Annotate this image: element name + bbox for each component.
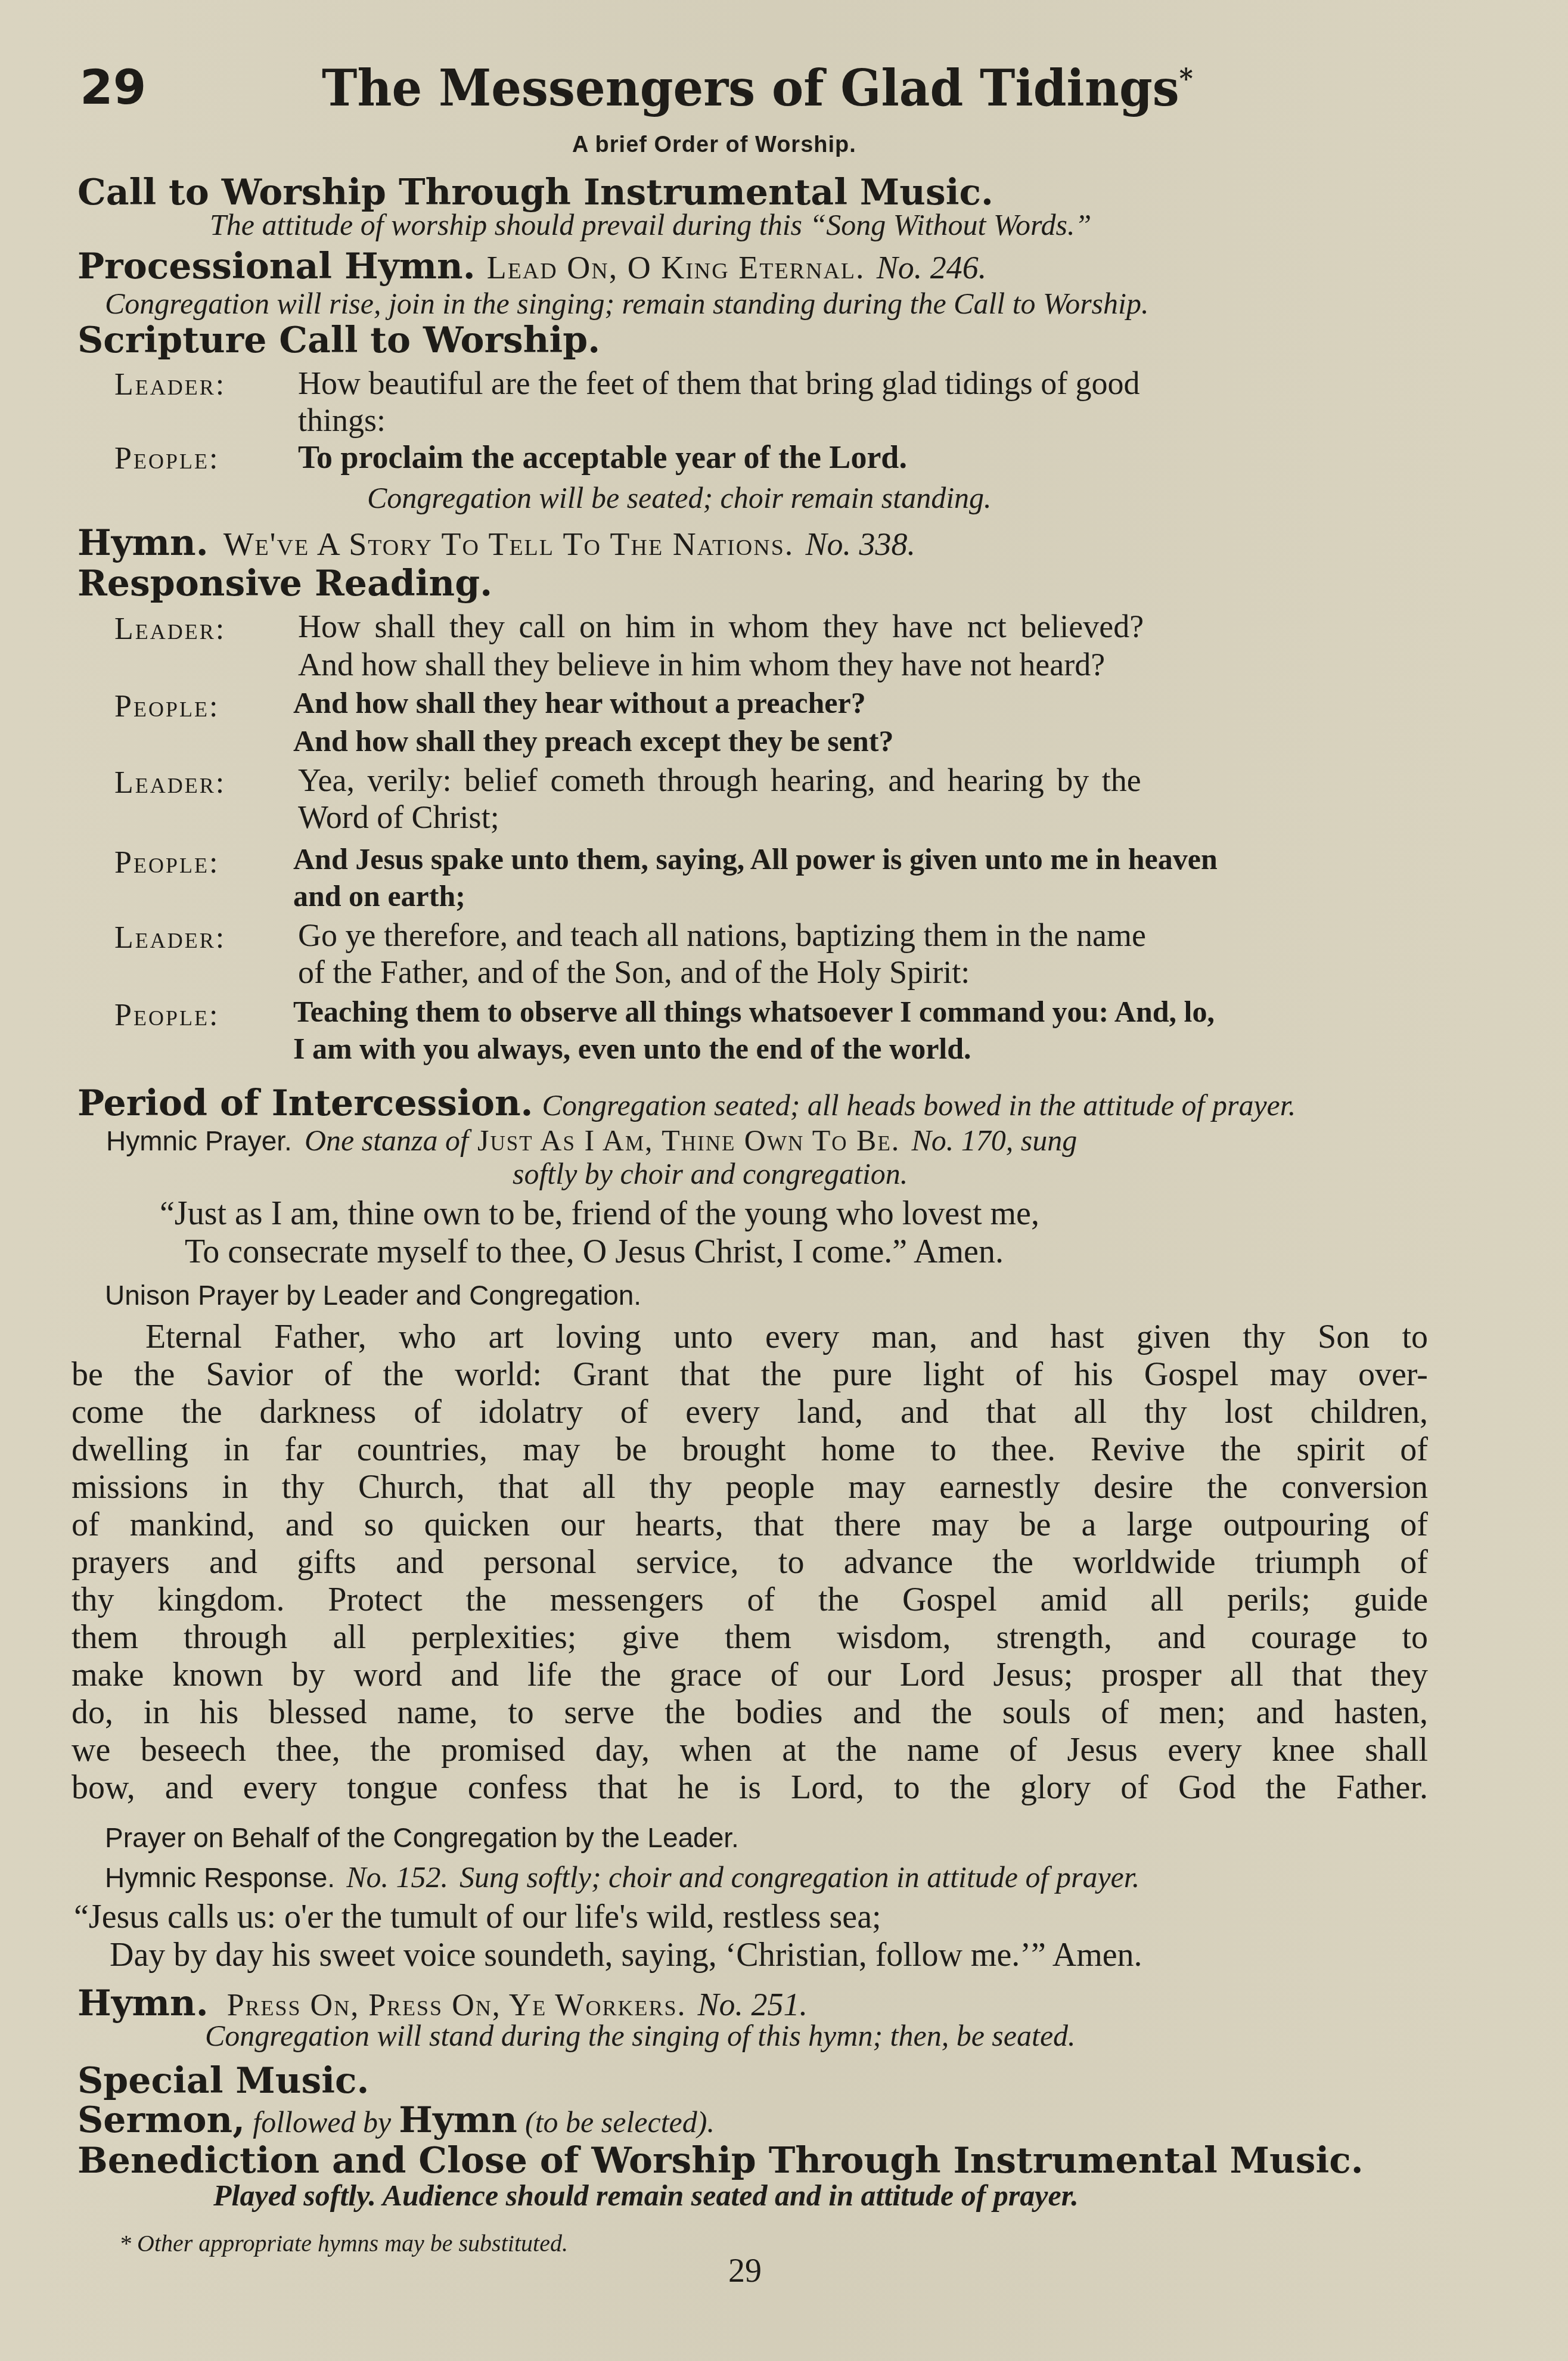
hymnic-response-note: Sung softly; choir and congregation in a… [459,1860,1139,1894]
special-music-heading: Special Music. [77,2060,369,2102]
prayer-line: come the darkness of idolatry of every l… [72,1394,1428,1431]
prayer-line: bow, and every tongue confess that he is… [72,1769,1428,1807]
processional-heading: Processional Hymn. [77,246,476,287]
speaker-label: Leader: [114,367,226,402]
hymn-no: No. 251. [698,1987,808,2022]
page-number-bottom: 29 [728,2252,762,2290]
reading-text: How beautiful are the feet of them that … [298,365,1140,402]
page-title: The Messengers of Glad Tidings* [322,58,1193,117]
reading-text: Teaching them to observe all things what… [293,994,1215,1029]
hymn-251-note: Congregation will stand during the singi… [205,2018,1076,2053]
prayer-line: missions in thy Church, that all thy peo… [72,1469,1428,1506]
speaker-label: People: [114,441,219,476]
hymn-title: Press On, Press On, Ye Workers. [227,1988,687,2022]
page-title-text: The Messengers of Glad Tidings [322,58,1179,117]
speaker-label: Leader: [114,920,226,955]
processional-hymn-no: No. 246. [877,250,987,286]
verse-line: To consecrate myself to thee, O Jesus Ch… [185,1233,1004,1271]
sermon-heading: Sermon, [77,2099,245,2141]
hymnic-prayer-note: softly by choir and congregation. [513,1156,908,1191]
page-number-top: 29 [80,60,146,115]
scripture-call-note: Congregation will be seated; choir remai… [367,480,992,515]
prayer-line: prayers and gifts and personal service, … [72,1544,1428,1581]
speaker-label: People: [114,689,219,724]
hymn-no: No. 338. [805,526,915,562]
speaker-label: Leader: [114,612,226,647]
hymnic-response-no: No. 152. [346,1860,448,1894]
unison-prayer-label: Unison Prayer by Leader and Congregation… [105,1279,641,1311]
reading-text: Word of Christ; [298,799,499,836]
prayer-paragraph: Eternal Father, who art loving unto ever… [72,1318,1428,1807]
prayer-line: dwelling in far countries, may be brough… [72,1431,1428,1469]
reading-text: of the Father, and of the Son, and of th… [298,954,970,991]
intercession-heading: Period of Intercession. [77,1082,533,1124]
reading-text: And how shall they preach except they be… [293,724,893,758]
sermon-followed: followed by [253,2105,391,2139]
hymnic-prayer-title: Just As I Am, Thine Own To Be. [477,1124,900,1157]
sermon-hymn: Hymn [399,2099,517,2141]
hymn-heading: Hymn. [77,1983,209,2024]
hymnic-prayer-no: No. 170, sung [911,1124,1077,1157]
response-verse-line: “Jesus calls us: o'er the tumult of our … [74,1898,881,1936]
speaker-label: People: [114,998,219,1033]
prayer-line: of mankind, and so quicken our hearts, t… [72,1506,1428,1544]
reading-text: Go ye therefore, and teach all nations, … [298,917,1146,954]
benediction-heading: Benediction and Close of Worship Through… [77,2140,1364,2182]
hymn-338-line: Hymn. We've A Story To Tell To The Natio… [77,522,915,564]
reading-text: And how shall they hear without a preach… [293,685,866,720]
reading-text: How shall they call on him in whom they … [298,608,1144,645]
processional-hymn-title: Lead On, O King Eternal. [487,250,865,286]
response-verse-line: Day by day his sweet voice soundeth, say… [110,1936,1142,1974]
hymnic-prayer-label: Hymnic Prayer. [106,1125,292,1156]
intercession-line: Period of Intercession. Congregation sea… [77,1082,1296,1124]
verse-line: “Just as I am, thine own to be, friend o… [160,1195,1039,1233]
prayer-line: be the Savior of the world: Grant that t… [72,1356,1428,1394]
processional-line: Processional Hymn. Lead On, O King Etern… [77,246,986,287]
sermon-line: Sermon, followed by Hymn (to be selected… [77,2099,715,2141]
hymnic-response-line: Hymnic Response. No. 152. Sung softly; c… [105,1860,1139,1894]
footnote: * Other appropriate hymns may be substit… [119,2229,568,2257]
prayer-line: do, in his blessed name, to serve the bo… [72,1694,1428,1732]
intercession-note: Congregation seated; all heads bowed in … [542,1088,1296,1122]
reading-text: To proclaim the acceptable year of the L… [298,439,907,476]
hymn-title: We've A Story To Tell To The Nations. [223,526,794,562]
call-to-worship-note: The attitude of worship should prevail d… [210,207,1091,242]
speaker-label: People: [114,845,219,880]
processional-note: Congregation will rise, join in the sing… [105,286,1148,321]
prayer-line: Eternal Father, who art loving unto ever… [72,1318,1428,1356]
hymnic-prayer-line: Hymnic Prayer. One stanza of Just As I A… [106,1123,1077,1158]
scripture-call-heading: Scripture Call to Worship. [77,319,600,361]
prayer-line: we beseech thee, the promised day, when … [72,1732,1428,1769]
reading-text: and on earth; [293,879,465,913]
benediction-note: Played softly. Audience should remain se… [213,2178,1079,2213]
document-page: 29 The Messengers of Glad Tidings* A bri… [0,0,1568,2361]
prayer-line: them through all perplexities; give them… [72,1619,1428,1656]
reading-text: I am with you always, even unto the end … [293,1031,971,1066]
hymnic-prayer-pre: One stanza of [305,1124,468,1157]
reading-text: Yea, verily: belief cometh through heari… [298,762,1141,799]
prayer-line: make known by word and life the grace of… [72,1656,1428,1694]
hymn-heading: Hymn. [77,522,209,564]
responsive-reading-heading: Responsive Reading. [77,563,492,604]
title-footnote-mark: * [1179,63,1193,95]
page-subtitle: A brief Order of Worship. [572,132,856,158]
reading-text: And Jesus spake unto them, saying, All p… [293,842,1218,876]
behalf-prayer-label: Prayer on Behalf of the Congregation by … [105,1822,739,1854]
reading-text: And how shall they believe in him whom t… [298,646,1105,683]
speaker-label: Leader: [114,765,226,801]
hymnic-response-label: Hymnic Response. [105,1862,335,1893]
sermon-selected: (to be selected). [525,2105,715,2139]
prayer-line: thy kingdom. Protect the messengers of t… [72,1581,1428,1619]
reading-text: things: [298,402,386,439]
